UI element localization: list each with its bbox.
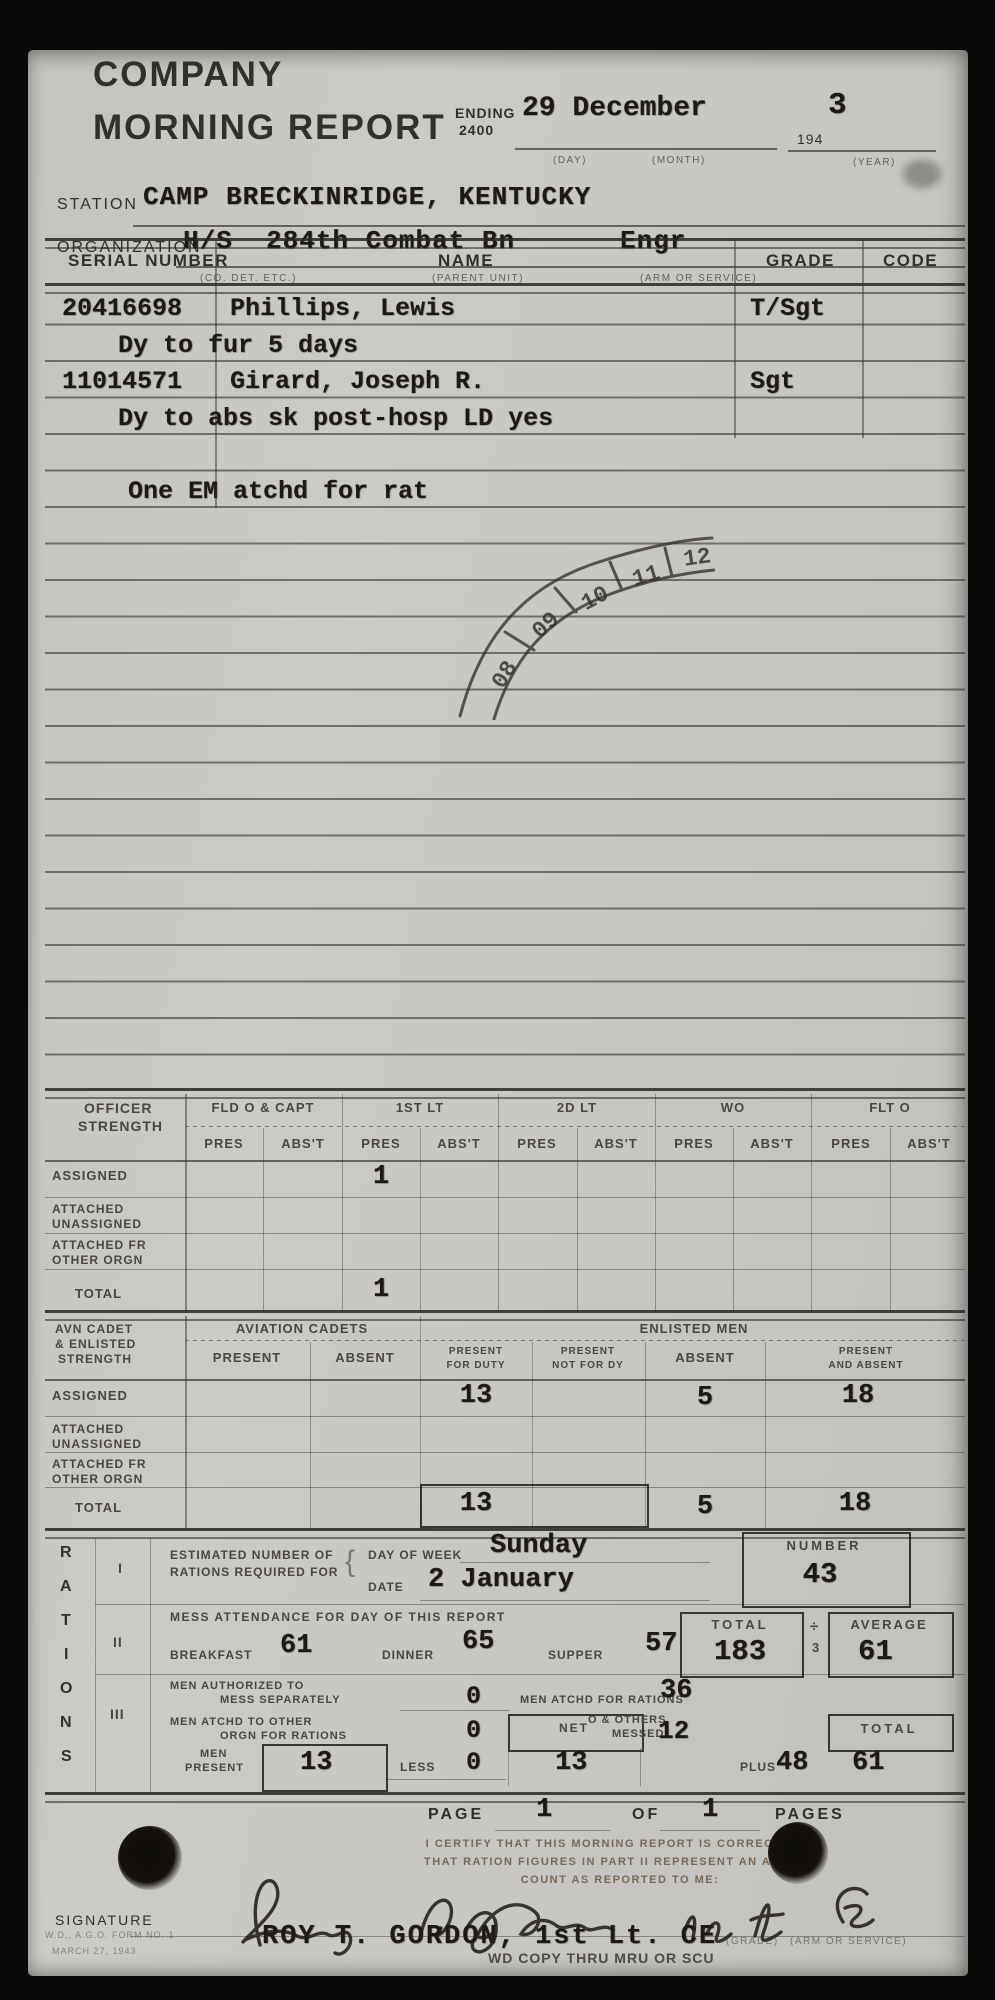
- station-label: STATION: [57, 196, 138, 214]
- rule: [45, 1197, 965, 1198]
- roster-remark: One EM atchd for rat: [128, 477, 428, 506]
- column-divider: [655, 1094, 656, 1312]
- ending-label: ENDING: [455, 105, 515, 121]
- dinner-value: 65: [462, 1627, 494, 1657]
- page-title: COMPANY: [93, 55, 283, 95]
- entry1-note: Dy to fur 5 days: [118, 331, 358, 360]
- entry2-grade: Sgt: [750, 367, 795, 396]
- rule: [45, 1452, 965, 1453]
- enlisted-header-3: STRENGTH: [58, 1352, 132, 1366]
- rule: [185, 1126, 965, 1127]
- others-messed-label: O & OTHERS: [588, 1714, 666, 1726]
- entry1-name: Phillips, Lewis: [230, 294, 455, 323]
- breakfast-value: 61: [280, 1631, 312, 1661]
- form-date: MARCH 27, 1943: [52, 1946, 137, 1956]
- col-present-not-for-dy-2: NOT FOR DY: [552, 1360, 624, 1371]
- page-title-2: MORNING REPORT: [93, 108, 446, 148]
- average-value: 61: [858, 1635, 893, 1668]
- form-number: W.D., A.G.O. FORM NO. 1: [45, 1930, 175, 1940]
- enlisted-row-assigned: ASSIGNED: [52, 1388, 128, 1403]
- column-divider: [185, 1094, 187, 1312]
- men-present-value: 13: [300, 1748, 332, 1778]
- rations-date-value: 2 January: [428, 1565, 574, 1595]
- enlisted-row-attached: ATTACHED: [52, 1422, 124, 1436]
- enlisted-assigned-duty: 13: [460, 1381, 492, 1411]
- signature-label: SIGNATURE: [55, 1912, 154, 1928]
- pres-col-label: PRES: [204, 1136, 243, 1151]
- rule: [45, 1310, 965, 1321]
- pres-col-label: PRES: [674, 1136, 713, 1151]
- column-divider: [508, 1748, 509, 1786]
- officer-row-attached-fr: ATTACHED FR: [52, 1238, 147, 1252]
- wd-copy-line: WD COPY THRU MRU OR SCU: [488, 1950, 715, 1966]
- typed-officer-name: ROY T. GORDON, 1st Lt. CE: [262, 1922, 717, 1952]
- enlisted-total-absent: 5: [697, 1492, 713, 1522]
- rations-vertical-letter: N: [60, 1714, 73, 1732]
- report-date-value: 29 December: [522, 93, 707, 124]
- rule: [400, 1710, 510, 1711]
- men-authorized-label: MEN AUTHORIZED TO: [170, 1680, 304, 1692]
- rule: [515, 148, 777, 150]
- men-present-label: MEN: [200, 1748, 227, 1760]
- total-duty-box: [420, 1484, 649, 1528]
- column-divider: [150, 1538, 151, 1792]
- rations-vertical-letter: I: [64, 1646, 69, 1664]
- rule: [45, 1416, 965, 1417]
- entry2-note: Dy to abs sk post-hosp LD yes: [118, 404, 553, 433]
- average-label: AVERAGE: [850, 1617, 927, 1632]
- certification-line: I CERTIFY THAT THIS MORNING REPORT IS CO…: [426, 1838, 815, 1850]
- entry1-serial: 20416698: [62, 294, 182, 323]
- enlisted-header-2: & ENLISTED: [55, 1337, 136, 1351]
- section-ii-numeral: II: [113, 1634, 123, 1650]
- rule: [460, 1562, 710, 1563]
- column-divider: [263, 1128, 264, 1312]
- ink-smudge: [898, 156, 946, 192]
- date-label: DATE: [368, 1580, 404, 1594]
- roster-col-grade: GRADE: [766, 251, 835, 271]
- rule: [660, 1830, 760, 1831]
- rations-vertical-letter: R: [60, 1544, 73, 1562]
- rations-vertical-letter: T: [61, 1612, 72, 1630]
- column-divider: [342, 1094, 343, 1312]
- enlisted-row-total: TOTAL: [75, 1500, 122, 1515]
- officer-row-attached-fr-2: OTHER ORGN: [52, 1253, 143, 1267]
- rule: [788, 150, 936, 152]
- rule: [420, 1600, 710, 1601]
- entry2-name: Girard, Joseph R.: [230, 367, 485, 396]
- column-divider: [890, 1128, 891, 1312]
- column-divider: [498, 1094, 499, 1312]
- officer-group-1stlt: 1ST LT: [396, 1100, 444, 1115]
- others-messed-label-2: MESSED: [612, 1728, 664, 1740]
- rule: [495, 1830, 610, 1831]
- enlisted-assigned-total: 18: [842, 1381, 874, 1411]
- rule: [45, 1088, 965, 1099]
- rule: [45, 238, 965, 249]
- rule: [45, 1160, 965, 1162]
- rations-vertical-letter: A: [60, 1578, 73, 1596]
- entry2-serial: 11014571: [62, 367, 182, 396]
- divide-sign: ÷: [810, 1618, 819, 1635]
- mess-separately-value: 0: [466, 1682, 481, 1711]
- pres-col-label: PRES: [517, 1136, 556, 1151]
- col-em-absent: ABSENT: [675, 1350, 734, 1365]
- breakfast-label: BREAKFAST: [170, 1648, 252, 1662]
- plus-label: PLUS: [740, 1760, 776, 1774]
- pres-col-label: PRES: [361, 1136, 400, 1151]
- stamp-number: 08: [487, 656, 524, 693]
- pres-col-label: PRES: [831, 1136, 870, 1151]
- officer-assigned-value: 1: [373, 1162, 389, 1192]
- col-present-for-duty: PRESENT: [449, 1346, 503, 1357]
- estimated-rations-label: ESTIMATED NUMBER OF: [170, 1548, 333, 1562]
- orgn-rations-value: 0: [466, 1716, 481, 1745]
- column-divider: [95, 1538, 96, 1792]
- column-divider: [420, 1128, 421, 1312]
- year-prefix: 194: [797, 131, 823, 147]
- col-present-not-for-dy: PRESENT: [561, 1346, 615, 1357]
- year-caption: (YEAR): [853, 157, 896, 168]
- abst-col-label: ABS'T: [750, 1136, 793, 1151]
- ending-2400-label: 2400: [459, 122, 494, 138]
- officer-row-assigned: ASSIGNED: [52, 1168, 128, 1183]
- rations-total-label: TOTAL: [860, 1721, 917, 1736]
- enlisted-total-duty: 13: [460, 1489, 492, 1519]
- roster-col-code: CODE: [883, 251, 938, 271]
- men-atchd-other-label-2: ORGN FOR RATIONS: [220, 1730, 347, 1742]
- abst-col-label: ABS'T: [281, 1136, 324, 1151]
- column-divider: [811, 1094, 812, 1312]
- less-label: LESS: [400, 1760, 435, 1774]
- grand-total-value: 61: [852, 1748, 884, 1778]
- stamp-number: 12: [682, 543, 713, 573]
- rule: [388, 1779, 506, 1780]
- roster-col-name: NAME: [438, 251, 494, 271]
- rule: [45, 1233, 965, 1234]
- mess-attendance-label: MESS ATTENDANCE FOR DAY OF THIS REPORT: [170, 1610, 506, 1624]
- net-label: NET: [559, 1721, 589, 1735]
- pages-label: PAGES: [775, 1806, 845, 1824]
- officer-strength-header: OFFICER: [84, 1100, 152, 1116]
- men-authorized-label-2: MESS SEPARATELY: [220, 1694, 341, 1706]
- supper-label: SUPPER: [548, 1648, 603, 1662]
- pages-value: 1: [702, 1795, 718, 1825]
- brace: {: [345, 1545, 356, 1579]
- plus-value: 48: [776, 1748, 808, 1778]
- men-atchd-other-label: MEN ATCHD TO OTHER: [170, 1716, 312, 1728]
- year-value: 3: [828, 88, 847, 123]
- abst-col-label: ABS'T: [437, 1136, 480, 1151]
- day-caption: (DAY): [553, 155, 587, 166]
- stamp-number: 10: [577, 581, 614, 617]
- group-enlisted-men: ENLISTED MEN: [640, 1321, 749, 1336]
- officer-row-total: TOTAL: [75, 1286, 122, 1301]
- rule: [176, 266, 965, 268]
- rule: [45, 1269, 965, 1270]
- column-divider: [577, 1128, 578, 1312]
- officer-group-wo: WO: [721, 1100, 745, 1115]
- col-present-and-absent: PRESENT: [839, 1346, 893, 1357]
- number-label: NUMBER: [786, 1538, 861, 1553]
- page-label: PAGE: [428, 1806, 484, 1824]
- punch-hole: [118, 1826, 182, 1890]
- month-caption: (MONTH): [652, 155, 706, 166]
- enlisted-row-attached-fr-2: OTHER ORGN: [52, 1472, 143, 1486]
- estimated-rations-label-2: RATIONS REQUIRED FOR: [170, 1565, 338, 1579]
- rations-vertical-letter: S: [61, 1748, 73, 1766]
- col-cadets-absent: ABSENT: [335, 1350, 394, 1365]
- scanned-morning-report: COMPANY MORNING REPORT ENDING 2400 29 De…: [0, 0, 995, 2000]
- rations-vertical-letter: O: [60, 1680, 73, 1698]
- enlisted-assigned-absent: 5: [697, 1383, 713, 1413]
- grade-caption: (GRADE): [726, 1936, 779, 1947]
- stamp-number: 09: [527, 607, 565, 645]
- officer-strength-header-2: STRENGTH: [78, 1118, 163, 1134]
- mess-total-value: 183: [714, 1635, 766, 1668]
- mess-total-label: TOTAL: [711, 1617, 768, 1632]
- supper-value: 57: [645, 1629, 677, 1659]
- entry1-grade: T/Sgt: [750, 294, 825, 323]
- less-value: 0: [466, 1748, 481, 1777]
- divide-by: 3: [812, 1640, 820, 1655]
- net-value: 13: [555, 1748, 587, 1778]
- officer-group-fldo: FLD O & CAPT: [212, 1100, 315, 1115]
- enlisted-row-attached-fr: ATTACHED FR: [52, 1457, 147, 1471]
- men-present-label-2: PRESENT: [185, 1762, 244, 1774]
- col-present-for-duty-2: FOR DUTY: [446, 1360, 505, 1371]
- men-atchd-rations-value: 36: [660, 1676, 692, 1706]
- group-aviation-cadets: AVIATION CADETS: [236, 1321, 368, 1336]
- col-cadets-present: PRESENT: [213, 1350, 281, 1365]
- day-of-week-label: DAY OF WEEK: [368, 1548, 462, 1562]
- dinner-label: DINNER: [382, 1648, 434, 1662]
- abst-col-label: ABS'T: [594, 1136, 637, 1151]
- officer-total-value: 1: [373, 1275, 389, 1305]
- day-of-week-value: Sunday: [490, 1531, 587, 1561]
- arm-service-caption-footer: (ARM OR SERVICE): [790, 1936, 907, 1947]
- column-divider: [640, 1748, 641, 1786]
- number-value: 43: [803, 1558, 838, 1591]
- officer-group-flto: FLT O: [869, 1100, 911, 1115]
- abst-col-label: ABS'T: [907, 1136, 950, 1151]
- enlisted-header: AVN CADET: [55, 1322, 133, 1336]
- enlisted-total-total: 18: [839, 1489, 871, 1519]
- officer-row-attached: ATTACHED: [52, 1202, 124, 1216]
- column-divider: [765, 1342, 766, 1528]
- of-label: OF: [632, 1806, 660, 1824]
- rule: [185, 1340, 965, 1341]
- station-value: CAMP BRECKINRIDGE, KENTUCKY: [143, 182, 591, 212]
- officer-group-2dlt: 2D LT: [557, 1100, 597, 1115]
- column-divider: [733, 1128, 734, 1312]
- others-messed-value: 12: [658, 1716, 689, 1746]
- section-iii-numeral: III: [110, 1706, 125, 1722]
- col-present-and-absent-2: AND ABSENT: [828, 1360, 903, 1371]
- date-wheel-stamp: 08 09 10 11 12: [450, 520, 715, 720]
- officer-row-attached-2: UNASSIGNED: [52, 1217, 142, 1231]
- stamp-number: 11: [629, 560, 663, 593]
- page-value: 1: [536, 1795, 552, 1825]
- roster-col-serial: SERIAL NUMBER: [68, 251, 229, 271]
- enlisted-row-attached-2: UNASSIGNED: [52, 1437, 142, 1451]
- rule: [45, 1379, 965, 1381]
- rule: [45, 1792, 965, 1803]
- column-divider: [310, 1342, 311, 1528]
- section-i-numeral: I: [118, 1560, 123, 1576]
- column-divider: [185, 1316, 187, 1528]
